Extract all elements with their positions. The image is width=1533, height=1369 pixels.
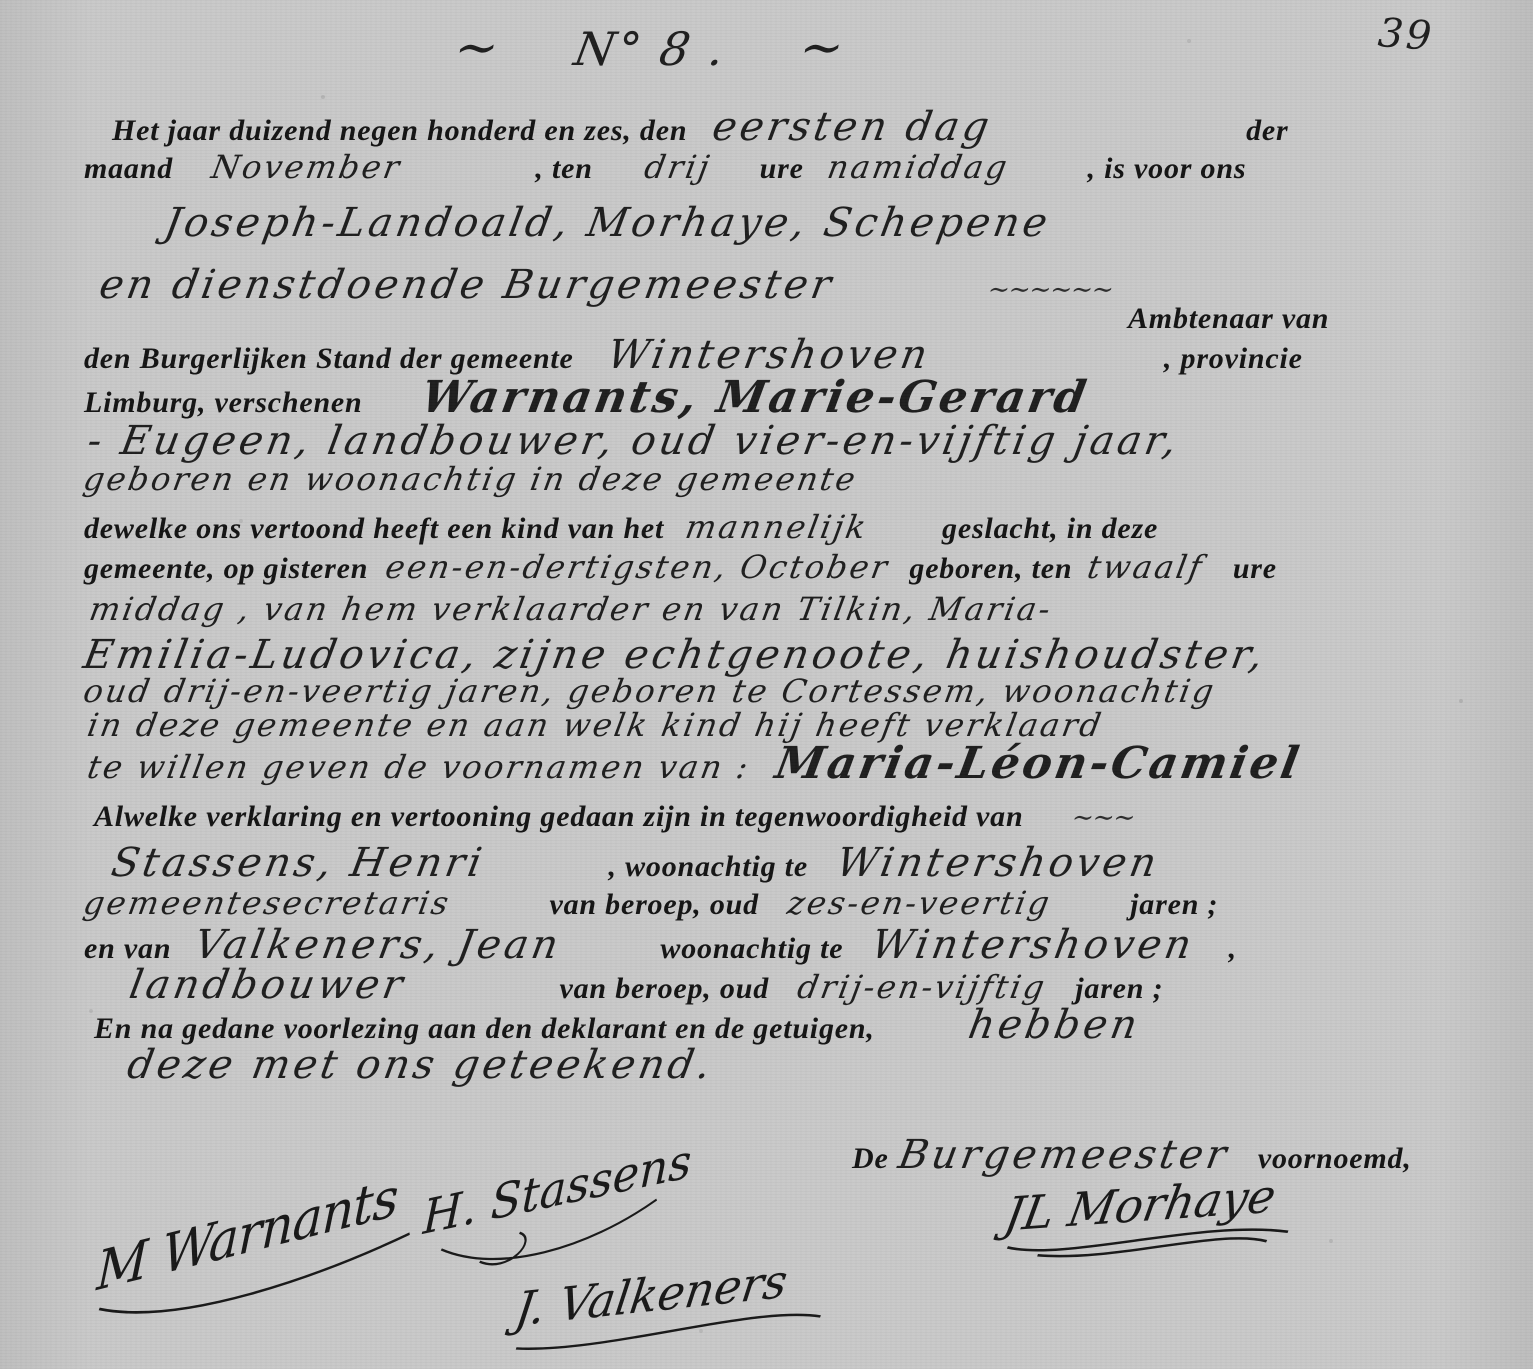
printed-segment: , is voor ons: [1088, 152, 1247, 185]
line-birth-date: gemeente, op gisteren een-en-dertigsten,…: [84, 548, 1277, 586]
printed-segment: jaren ;: [1075, 972, 1163, 1005]
line-witness1-name: Stassens, Henri , woonachtig te Wintersh…: [112, 840, 1159, 886]
handwritten-segment: Joseph-Landoald, Morhaye, Schepene: [161, 200, 1054, 246]
printed-segment: , provincie: [1164, 342, 1303, 375]
signature-witness1: H. Stassens: [422, 1133, 692, 1246]
handwritten-segment: en dienstdoende Burgemeester: [96, 262, 838, 308]
printed-segment: jaren ;: [1130, 888, 1218, 921]
handwritten-segment: geboren en woonachtig in deze gemeente: [81, 460, 861, 498]
line-witness-intro: Alwelke verklaring en vertooning gedaan …: [94, 800, 1135, 834]
printed-segment: dewelke ons vertoond heeft een kind van …: [84, 512, 664, 545]
handwritten-segment: hebben: [965, 1002, 1144, 1048]
printed-segment: der: [1246, 114, 1288, 147]
handwritten-segment: deze met ons geteekend.: [124, 1042, 718, 1088]
line-closing-signed: deze met ons geteekend.: [128, 1042, 713, 1088]
handwritten-segment: November: [209, 148, 405, 186]
ornament-tilde-right: ∼: [795, 18, 852, 78]
ornament-tilde-left: ∼: [450, 18, 507, 78]
printed-segment: van beroep, oud: [560, 972, 770, 1005]
handwritten-segment: twaalf: [1085, 548, 1207, 586]
printed-segment: Ambtenaar van: [1128, 302, 1329, 335]
printed-segment: , ten: [535, 152, 592, 185]
line-official-names: Joseph-Landoald, Morhaye, Schepene: [165, 200, 1050, 246]
printed-segment: En na gedane voorlezing aan den deklaran…: [94, 1012, 875, 1045]
flourish-mark: ∼∼∼: [1070, 803, 1138, 833]
line-province-declarant: Limburg, verschenen Warnants, Marie-Gera…: [84, 372, 1088, 423]
page-number: 39: [1376, 10, 1435, 60]
act-number: N° 8 .: [570, 22, 731, 76]
printed-segment: den Burgerlijken Stand der gemeente: [84, 342, 574, 375]
line-official-title: en dienstdoende Burgemeester ∼∼∼∼∼∼: [100, 262, 1113, 308]
handwritten-segment: een-en-dertigsten, October: [383, 548, 893, 586]
child-given-names: Maria-Léon-Camiel: [771, 738, 1305, 789]
printed-segment: gemeente, op gisteren: [84, 552, 368, 585]
act-header: ∼ N° 8 . ∼: [455, 18, 847, 78]
printed-segment: Het jaar duizend negen honderd en zes, d…: [112, 114, 687, 147]
handwritten-segment: drij-en-vijftig: [795, 968, 1050, 1006]
handwritten-segment: Warnants, Marie-Gerard: [417, 372, 1092, 423]
line-witness1-details: gemeentesecretaris van beroep, oud zes-e…: [84, 884, 1218, 922]
printed-segment: ,: [1229, 932, 1237, 965]
printed-segment: voornoemd,: [1258, 1142, 1412, 1175]
handwritten-segment: mannelijk: [683, 508, 872, 546]
printed-segment: ure: [1233, 552, 1277, 585]
handwritten-segment: - Eugeen, landbouwer, oud vier-en-vijfti…: [84, 418, 1184, 464]
signature-declarant: M Warnants: [96, 1166, 399, 1303]
handwritten-segment: te willen geven de voornamen van :: [85, 748, 754, 786]
closing-office-line: De Burgemeester voornoemd,: [852, 1132, 1412, 1178]
handwritten-segment: Stassens, Henri: [108, 840, 489, 886]
flourish-mark: ∼∼∼∼∼∼: [985, 275, 1115, 305]
printed-segment: geboren, ten: [909, 552, 1072, 585]
printed-segment: maand: [84, 152, 173, 185]
handwritten-segment: gemeentesecretaris: [81, 884, 454, 922]
printed-segment: , woonachtig te: [609, 850, 809, 883]
printed-segment: woonachtig te: [660, 932, 843, 965]
line-ambtenaar: Ambtenaar van: [1128, 302, 1329, 336]
line-year-day: Het jaar duizend negen honderd en zes, d…: [112, 104, 1289, 150]
line-child-names: te willen geven de voornamen van : Maria…: [88, 738, 1301, 789]
printed-segment: geslacht, in deze: [942, 512, 1158, 545]
printed-segment: van beroep, oud: [549, 888, 759, 921]
handwritten-segment: drij: [641, 148, 714, 186]
line-declarant-residence: geboren en woonachtig in deze gemeente: [84, 460, 857, 498]
handwritten-segment: Burgemeester: [895, 1132, 1233, 1178]
handwritten-segment: zes-en-veertig: [785, 884, 1055, 922]
handwritten-segment: middag , van hem verklaarder en van Tilk…: [87, 590, 1056, 628]
handwritten-segment: oud drij-en-veertig jaren, geboren te Co…: [81, 672, 1219, 710]
printed-segment: ure: [760, 152, 804, 185]
handwritten-segment: namiddag: [824, 148, 1011, 186]
handwritten-segment: Wintershoven: [833, 840, 1163, 886]
printed-segment: Limburg, verschenen: [84, 386, 363, 419]
signature-mayor: JL Morhaye: [1000, 1168, 1280, 1242]
line-mother-details: oud drij-en-veertig jaren, geboren te Co…: [84, 672, 1216, 710]
line-mother-intro: middag , van hem verklaarder en van Tilk…: [90, 590, 1052, 628]
line-declarant-details: - Eugeen, landbouwer, oud vier-en-vijfti…: [88, 418, 1180, 464]
line-month-hour: maand November , ten drij ure namiddag ,…: [84, 148, 1246, 186]
scanned-birth-record-page: { "colors": { "paper": "#c8c8c8", "ink_h…: [0, 0, 1533, 1369]
printed-segment: Alwelke verklaring en vertooning gedaan …: [94, 800, 1023, 833]
ink-specks: [0, 0, 2, 2]
line-child-gender: dewelke ons vertoond heeft een kind van …: [84, 508, 1158, 546]
handwritten-segment: eersten dag: [709, 104, 996, 150]
printed-segment: De: [852, 1142, 889, 1175]
printed-segment: en van: [84, 932, 171, 965]
